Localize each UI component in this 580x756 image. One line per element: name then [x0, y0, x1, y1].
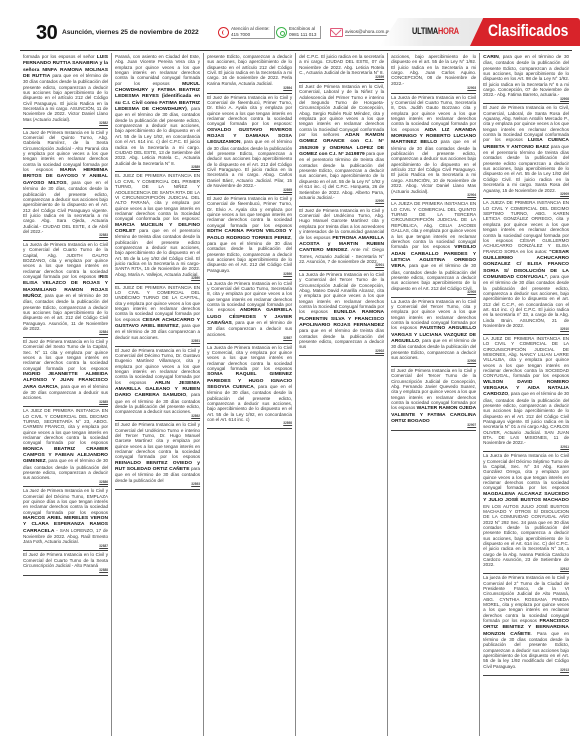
notice-code: 32894 [207, 87, 292, 91]
legal-notice: La Jueza de Primera Instancia en lo Civi… [483, 452, 569, 574]
legal-notice: del C.P.C. El juicio radica en la secret… [299, 53, 384, 83]
contact-label: Escribinos al [289, 26, 316, 31]
notice-text: del C.P.C. El juicio radica en la secret… [299, 54, 384, 75]
column-5: acciones, bajo apercibimiento de lo disp… [388, 53, 480, 736]
legal-notice: El Juez de Primera Instancia en lo Civil… [23, 338, 108, 407]
column-6: CARIN, para que en el término de 30 días… [480, 53, 572, 736]
notice-code: 32906 [391, 360, 476, 364]
column-3: presente Edicto, comparezcan a deducir s… [204, 53, 296, 736]
notice-text: , para que en el término de 30 días cont… [207, 139, 292, 188]
legal-notice: CARIN, para que en el término de 30 días… [483, 53, 569, 104]
header-divider [20, 50, 572, 51]
notice-code: 32887 [23, 545, 108, 549]
notice-text: . Para que en término de 30 días contado… [483, 631, 569, 669]
legal-notice: La Jueza de Primera Instancia en lo Civi… [207, 344, 292, 429]
legal-notice: La Juez de Primera Instancia en lo Civil… [23, 129, 108, 241]
legal-notice: El Juez de Primera Instancia en lo Civil… [115, 421, 200, 489]
notice-code: 32893 [115, 483, 200, 487]
phone-icon [218, 27, 229, 38]
notice-code: 32903 [391, 87, 476, 91]
notice-code: 32910 [483, 328, 569, 332]
page-header: 30 Asunción, viernes 25 de noviembre de … [0, 18, 580, 48]
notice-code: 32913 [483, 669, 569, 673]
notice-text: , para que en el término de 30 días, con… [115, 106, 200, 165]
legal-notice: Paraná, con asiento en Ciudad del Este, … [115, 53, 200, 172]
legal-notice: El Juez de Primera Instancia en lo Civil… [115, 347, 200, 422]
notice-text: EN LOS AUTOS JULIO JOSÉ BUSTOS MACHADO Y… [483, 504, 569, 568]
notice-text: formada por los esposos el señor [23, 54, 97, 59]
notice-code: 32899 [299, 76, 384, 80]
whatsapp-icon [276, 27, 287, 38]
contact-label: Atención al cliente: [231, 26, 270, 31]
notice-text: La Jueza de Primera Instancia en lo Civi… [23, 242, 108, 279]
legal-notice: EL JUEZ DE PRIMERA INSTANCIA EN LO CIVIL… [115, 172, 200, 283]
notice-text: La jueza de Primera Instancia en lo Civi… [483, 575, 569, 623]
notice-text: El Juez de Primera Instancia en lo Civil… [207, 196, 292, 228]
legal-notice: El Juez de Primera Instancia en lo Civil… [299, 83, 384, 207]
legal-notice: El Juez de Primera Instancia en lo Civil… [23, 551, 108, 576]
notice-text: , para que en el término de 30 días, con… [483, 54, 569, 97]
legal-notice: LA JUEZ DE PRIMERA INSTANCIA EN LO CIVIL… [23, 407, 108, 487]
notice-code: 32884 [23, 331, 108, 335]
notice-code: 32898 [207, 422, 292, 426]
notice-code: 32886 [23, 481, 108, 485]
legal-notice: El Juez de Primera Instancia en lo Civil… [391, 367, 476, 431]
notice-text: , para que en el término de 30 días cont… [483, 274, 569, 328]
notice-text: La Jueza de Primera Instancia en lo Civi… [299, 272, 384, 314]
notice-text: LA JUEZA DE PRIMERA INSTANCIA EN LO CIVI… [391, 201, 476, 249]
notice-text: El Juez de Primera Instancia en lo Civil… [299, 84, 384, 137]
notice-code: 32909 [483, 193, 569, 197]
notice-text: EL JUEZ DE PRIMERA INSTANCIA EN LO CIVIL… [115, 285, 200, 322]
notice-text: , para que en el término de 30 días, con… [23, 293, 108, 331]
legal-notice: La Jueza de Primera Instancia en lo Civi… [391, 298, 476, 367]
legal-notice: El Juez de Primera Instancia en lo Civil… [207, 195, 292, 279]
notice-text: La Juez de Primera Instancia en lo Civil… [23, 488, 108, 514]
legal-notice: presente Edicto, comparezcan a deducir s… [207, 53, 292, 94]
notice-text: El Juez de Primera Instancia en lo Civil… [115, 348, 200, 385]
notice-text: El Juez de Primera Instancia en lo Civil… [483, 105, 569, 142]
notice-text: La Jueza de Primera Instancia en lo Civi… [391, 95, 476, 132]
notice-text: El Juez de Primera Instancia en lo Civil… [23, 552, 108, 568]
notice-party-names: MAGDALENA ALCARAZ SAUCEDO Y JULIO JOSÉ B… [483, 492, 569, 503]
legal-notice: LA JUEZA DE PRIMERA INSTANCIA EN LO CIVI… [483, 199, 569, 335]
notice-party-names: REINALDO BENITEZ OVIEDO y RUT SOLEDAD OR… [115, 461, 200, 472]
notice-code: 32890 [115, 277, 200, 281]
notice-text: acciones, bajo apercibimiento de lo disp… [391, 54, 476, 86]
notice-text: El Juez de Primera Instancia en lo Civil… [391, 368, 476, 410]
classifieds-columns: formada por los esposos el señor LUIS FE… [20, 53, 572, 736]
legal-notice: El Juez de Primera Instancia en lo Civil… [299, 207, 384, 271]
notice-code: 32885 [23, 401, 108, 405]
legal-notice: La jueza de Primera Instancia en lo Civi… [483, 574, 569, 675]
legal-notice: La Jueza de Primera Instancia en lo Civi… [299, 271, 384, 356]
legal-notice: La Jueza de Primera Instancia en lo Civi… [207, 280, 292, 344]
legal-notice: LA JUEZ DE PRIMERA INSTANCIA EN LO CIVIL… [483, 335, 569, 452]
column-2: Paraná, con asiento en Ciudad del Este, … [112, 53, 204, 736]
notice-code: 32911 [483, 446, 569, 450]
brand-banner: ULTIMAHORA Clasificados [380, 18, 580, 48]
notice-code: 32902 [299, 350, 384, 354]
notice-text: La Jueza de Primera Instancia en lo Civi… [207, 345, 292, 371]
notice-code: 32912 [483, 568, 569, 572]
notice-code: 32900 [299, 200, 384, 204]
notice-code: 32888 [23, 569, 108, 573]
notice-text: para que en el término de 30 días contad… [391, 139, 476, 193]
notice-text: , para que en el término de 30 días, con… [483, 391, 569, 445]
notice-text: LA JUEZA DE PRIMERA INSTANCIA EN LO CIVI… [483, 200, 569, 253]
notice-text: La Jueza de Primera Instancia en lo Civi… [483, 453, 569, 490]
legal-notice: La Juez de Primera Instancia en lo Civil… [23, 487, 108, 551]
notice-code: 32897 [207, 337, 292, 341]
mail-icon [330, 28, 343, 37]
notice-code: 32896 [207, 273, 292, 277]
notice-code: 32883 [23, 234, 108, 238]
contact-value: 415 7000 [231, 32, 270, 37]
contact-value: 0981 111 013 [289, 32, 316, 37]
legal-notice: La Jueza de Primera Instancia en lo Civi… [391, 94, 476, 201]
notice-party-names: CARIN [483, 55, 499, 60]
notice-text: para que en el perentorio término de tre… [483, 144, 569, 193]
notice-code: 32907 [391, 424, 476, 428]
notice-code: 32892 [115, 415, 200, 419]
edition-date: Asunción, viernes 25 de noviembre de 202… [62, 29, 199, 36]
customer-service-contact: Atención al cliente: 415 7000 [218, 24, 275, 41]
column-1: formada por los esposos el señor LUIS FE… [20, 53, 112, 736]
page-number: 30 [36, 22, 57, 45]
legal-notice: El Juez de Primera Instancia en lo Civil… [483, 104, 569, 199]
notice-text: , para que en el término de 30 días, con… [207, 384, 292, 422]
notice-text: LA JUEZ DE PRIMERA INSTANCIA EN LO CIVIL… [23, 408, 108, 445]
notice-text: La Juez de Primera Instancia en lo Civil… [23, 130, 108, 172]
notice-code: 32889 [115, 166, 200, 170]
legal-notice: El Juez de Primera Instancia en lo Civil… [207, 94, 292, 195]
notice-text: para que en el perentorio término de tre… [115, 228, 200, 277]
notice-code: 32905 [391, 291, 476, 295]
notice-text: para que en el término de treinta días c… [299, 328, 384, 349]
notice-text: para que en el término de 30 días contad… [23, 73, 108, 122]
column-4: del C.P.C. El juicio radica en la secret… [296, 53, 388, 736]
notice-text: para que en el perentorio término de tre… [299, 151, 384, 200]
notice-code: 32882 [23, 122, 108, 126]
whatsapp-contact: Escribinos al 0981 111 013 [276, 24, 321, 41]
notice-text: El Juez de Primera Instancia en lo Civil… [115, 422, 200, 459]
notice-code: 32908 [483, 98, 569, 102]
legal-notice: acciones, bajo apercibimiento de lo disp… [391, 53, 476, 94]
legal-notice: La Jueza de Primera Instancia en lo Civi… [23, 241, 108, 338]
section-title: Clasificados [488, 21, 568, 41]
ultimahora-logo: ULTIMAHORA [412, 26, 459, 37]
notice-text: El Juez de Primera Instancia en lo Civil… [207, 95, 292, 127]
notice-text: , para que en el término de 30 días, con… [23, 180, 108, 234]
legal-notice: LA JUEZA DE PRIMERA INSTANCIA EN LO CIVI… [391, 200, 476, 297]
notice-text: El Juez de Primera Instancia en lo Civil… [23, 339, 108, 371]
notice-text: , para que en el término de 30 días cont… [207, 235, 292, 273]
notice-text: LA JUEZ DE PRIMERA INSTANCIA EN LO CIVIL… [483, 336, 569, 378]
notice-code: 32904 [391, 194, 476, 198]
notice-code: 32895 [207, 189, 292, 193]
legal-notice: EL JUEZ DE PRIMERA INSTANCIA EN LO CIVIL… [115, 284, 200, 347]
notice-code: 32891 [115, 340, 200, 344]
notice-code: 32901 [299, 264, 384, 268]
notice-party-names: EDITH CARINA PAVON VELOSO Y PAOLO RODRIG… [207, 229, 292, 240]
notice-text: presente Edicto, comparezcan a deducir s… [207, 54, 292, 86]
notice-text: EL JUEZ DE PRIMERA INSTANCIA EN LO CIVIL… [115, 173, 200, 221]
legal-notice: formada por los esposos el señor LUIS FE… [23, 53, 108, 129]
